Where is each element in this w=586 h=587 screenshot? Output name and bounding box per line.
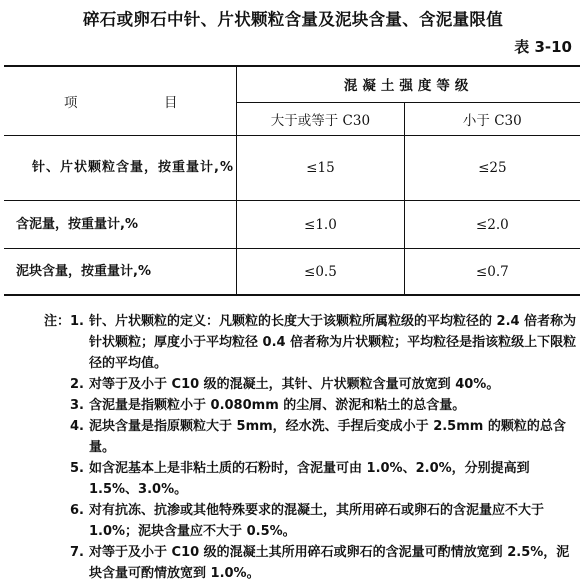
cell-value: ≤2.0 [404,201,580,249]
item-header-label-1: 项 [64,91,78,111]
note-item: 2. 对等于及小于 C10 级的混凝土，其针、片状颗粒含量可放宽到 40%。 [36,374,582,395]
cell-value: ≤15 [237,136,404,201]
note-number: 5. [70,461,84,476]
row-label-clay-lump: 泥块含量，按重量计,% [4,249,237,296]
note-item: 6. 对有抗冻、抗渗或其他特殊要求的混凝土，其所用碎石或卵石的含泥量应不大于 1… [36,500,582,542]
row-label-mud-content: 含泥量，按重量计,% [4,201,237,249]
limits-table: 项 目 混凝土强度等级 大于或等于 C30 小于 C30 针、片状颗粒含量，按重… [4,65,580,296]
table-number: 表 3-10 [514,36,572,57]
cell-value: ≤0.7 [404,249,580,296]
note-number: 6. [70,503,84,518]
note-text: 含泥量是指颗粒小于 0.080mm 的尘屑、淤泥和粘土的总含量。 [89,398,465,413]
limits-table-container: 项 目 混凝土强度等级 大于或等于 C30 小于 C30 针、片状颗粒含量，按重… [4,65,580,296]
column-header-lt-c30: 小于 C30 [404,102,580,135]
note-number: 3. [70,398,84,413]
note-text: 对等于及小于 C10 级的混凝土其所用碎石或卵石的含泥量可酌情放宽到 2.5%，… [89,545,569,581]
item-header-label-2: 目 [164,91,178,111]
note-text: 对等于及小于 C10 级的混凝土，其针、片状颗粒含量可放宽到 40%。 [89,377,499,392]
cell-value: ≤1.0 [237,201,404,249]
note-item: 4. 泥块含量是指原颗粒大于 5mm，经水洗、手捏后变成小于 2.5mm 的颗粒… [36,416,582,458]
strength-grade-header: 混凝土强度等级 [237,66,580,102]
cell-value: ≤25 [404,136,580,201]
note-item: 3. 含泥量是指颗粒小于 0.080mm 的尘屑、淤泥和粘土的总含量。 [36,395,582,416]
note-number: 1. [70,314,84,329]
note-number: 7. [70,545,84,560]
note-number: 2. [70,377,84,392]
table-header-row-1: 项 目 混凝土强度等级 [4,66,580,102]
note-number: 4. [70,419,84,434]
row-label-needle-flake: 针、片状颗粒含量，按重量计,% [4,136,237,201]
note-item: 注：1. 针、片状颗粒的定义：凡颗粒的长度大于该颗粒所属粒级的平均粒径的 2.4… [36,311,582,374]
note-item: 5. 如含泥基本上是非粘土质的石粉时，含泥量可由 1.0%、2.0%，分别提高到… [36,458,582,500]
table-row: 含泥量，按重量计,% ≤1.0 ≤2.0 [4,201,580,249]
item-header-cell: 项 目 [4,66,237,136]
cell-value: ≤0.5 [237,249,404,296]
notes-section: 注：1. 针、片状颗粒的定义：凡颗粒的长度大于该颗粒所属粒级的平均粒径的 2.4… [36,311,582,584]
column-header-ge-c30: 大于或等于 C30 [237,102,404,135]
note-item: 7. 对等于及小于 C10 级的混凝土其所用碎石或卵石的含泥量可酌情放宽到 2.… [36,542,582,584]
note-text: 泥块含量是指原颗粒大于 5mm，经水洗、手捏后变成小于 2.5mm 的颗粒的总含… [89,419,566,455]
table-row: 泥块含量，按重量计,% ≤0.5 ≤0.7 [4,249,580,296]
note-text: 针、片状颗粒的定义：凡颗粒的长度大于该颗粒所属粒级的平均粒径的 2.4 倍者称为… [89,314,576,371]
table-row: 针、片状颗粒含量，按重量计,% ≤15 ≤25 [4,136,580,201]
note-text: 如含泥基本上是非粘土质的石粉时，含泥量可由 1.0%、2.0%，分别提高到 1.… [89,461,530,497]
document-title: 碎石或卵石中针、片状颗粒含量及泥块含量、含泥量限值 [0,6,586,30]
note-text: 对有抗冻、抗渗或其他特殊要求的混凝土，其所用碎石或卵石的含泥量应不大于 1.0%… [89,503,544,539]
notes-prefix: 注： [44,314,70,329]
